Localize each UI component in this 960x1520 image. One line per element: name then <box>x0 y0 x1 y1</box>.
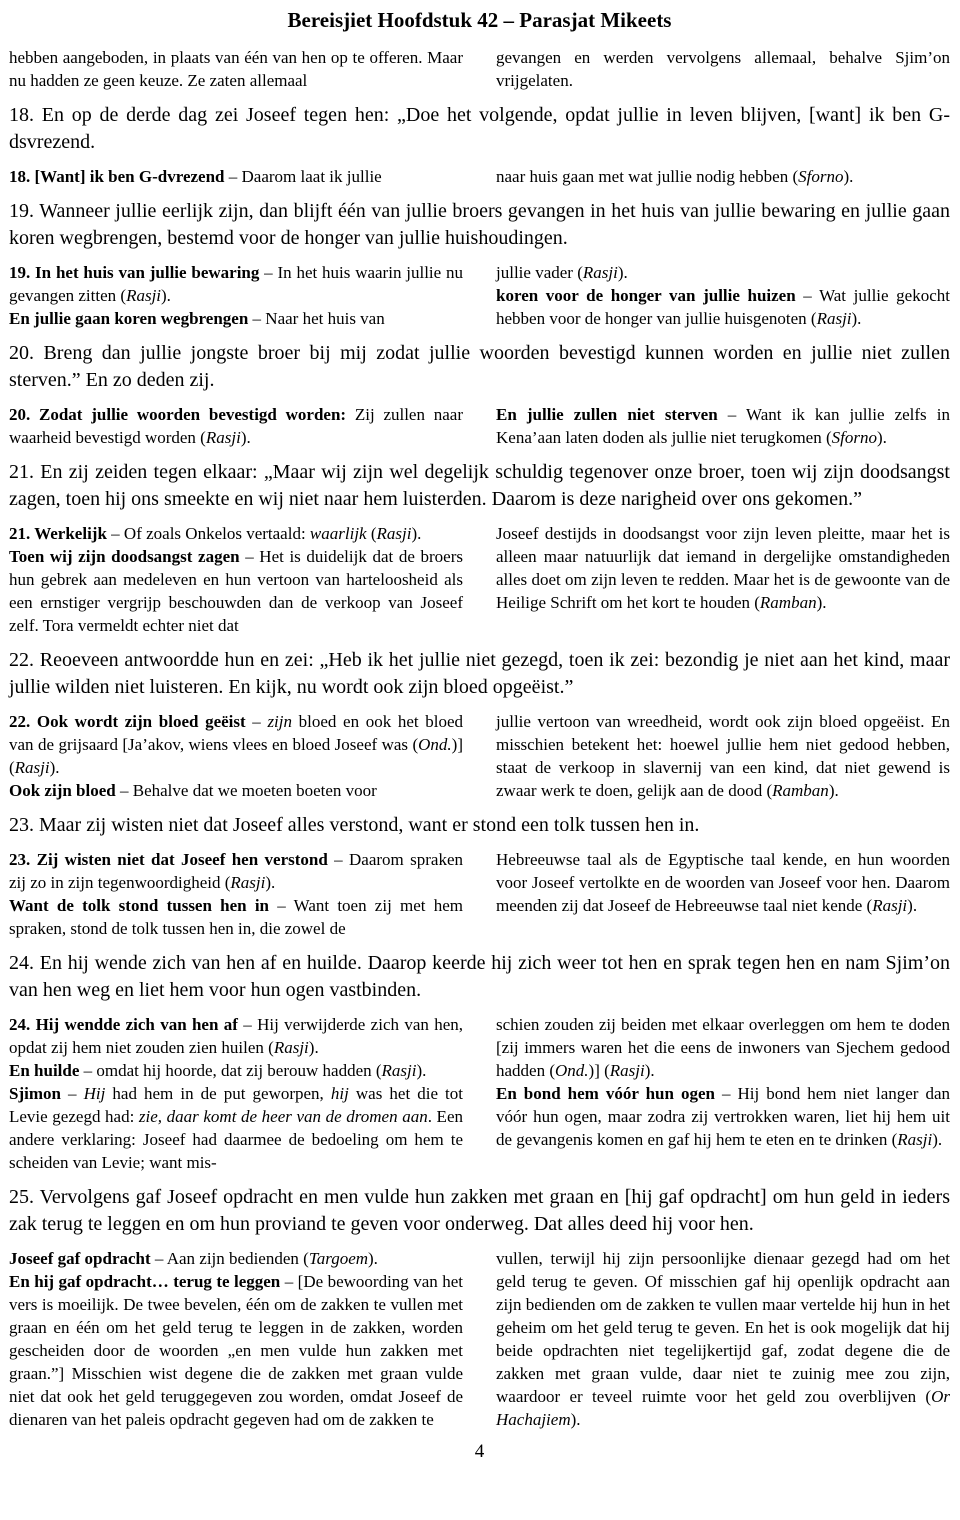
commentary-20: 20. Zodat jullie woorden bevestigd worde… <box>9 403 950 449</box>
commentary-continuation-left-column: hebben aangeboden, in plaats van één van… <box>9 46 463 92</box>
commentary-23-right-column: Hebreeuwse taal als de Egyptische taal k… <box>496 848 950 940</box>
commentary-21-left-column: 21. Werkelijk – Of zoals Onkelos vertaal… <box>9 522 463 637</box>
verse-24: 24. En hij wende zich van hen af en huil… <box>9 950 950 1004</box>
commentary-19-right-column: jullie vader (Rasji).koren voor de honge… <box>496 261 950 330</box>
commentary-25: Joseef gaf opdracht – Aan zijn bedienden… <box>9 1247 950 1431</box>
commentary-18-left-column: 18. [Want] ik ben G-dvrezend – Daarom la… <box>9 165 463 188</box>
commentary-22-left-column: 22. Ook wordt zijn bloed geëist – zijn b… <box>9 710 463 802</box>
commentary-25-left-column: Joseef gaf opdracht – Aan zijn bedienden… <box>9 1247 463 1431</box>
verse-19: 19. Wanneer jullie eerlijk zijn, dan bli… <box>9 198 950 252</box>
commentary-23-left-column: 23. Zij wisten niet dat Joseef hen verst… <box>9 848 463 940</box>
commentary-24: 24. Hij wendde zich van hen af – Hij ver… <box>9 1013 950 1174</box>
commentary-22: 22. Ook wordt zijn bloed geëist – zijn b… <box>9 710 950 802</box>
commentary-continuation: hebben aangeboden, in plaats van één van… <box>9 46 950 92</box>
page-number: 4 <box>475 1441 485 1462</box>
verse-23: 23. Maar zij wisten niet dat Joseef alle… <box>9 812 950 839</box>
commentary-19-left-column: 19. In het huis van jullie bewaring – In… <box>9 261 463 330</box>
commentary-21-right-column: Joseef destijds in doodsangst voor zijn … <box>496 522 950 637</box>
commentary-23: 23. Zij wisten niet dat Joseef hen verst… <box>9 848 950 940</box>
commentary-24-left-column: 24. Hij wendde zich van hen af – Hij ver… <box>9 1013 463 1174</box>
commentary-21: 21. Werkelijk – Of zoals Onkelos vertaal… <box>9 522 950 637</box>
verse-25: 25. Vervolgens gaf Joseef opdracht en me… <box>9 1184 950 1238</box>
verse-20: 20. Breng dan jullie jongste broer bij m… <box>9 340 950 394</box>
commentary-20-left-column: 20. Zodat jullie woorden bevestigd worde… <box>9 403 463 449</box>
document-page: Bereisjiet Hoofdstuk 42 – Parasjat Mikee… <box>0 0 960 1520</box>
commentary-22-right-column: jullie vertoon van wreedheid, wordt ook … <box>496 710 950 802</box>
verse-22: 22. Reoeveen antwoordde hun en zei: „Heb… <box>9 647 950 701</box>
verse-21: 21. En zij zeiden tegen elkaar: „Maar wi… <box>9 459 950 513</box>
commentary-continuation-right-column: gevangen en werden vervolgens allemaal, … <box>496 46 950 92</box>
commentary-19: 19. In het huis van jullie bewaring – In… <box>9 261 950 330</box>
page-footer: 4 <box>9 1441 950 1463</box>
commentary-18: 18. [Want] ik ben G-dvrezend – Daarom la… <box>9 165 950 188</box>
commentary-18-right-column: naar huis gaan met wat jullie nodig hebb… <box>496 165 950 188</box>
page-title: Bereisjiet Hoofdstuk 42 – Parasjat Mikee… <box>9 8 950 32</box>
verse-18: 18. En op de derde dag zei Joseef tegen … <box>9 102 950 156</box>
commentary-24-right-column: schien zouden zij beiden met elkaar over… <box>496 1013 950 1174</box>
commentary-20-right-column: En jullie zullen niet sterven – Want ik … <box>496 403 950 449</box>
commentary-25-right-column: vullen, terwijl hij zijn persoonlijke di… <box>496 1247 950 1431</box>
